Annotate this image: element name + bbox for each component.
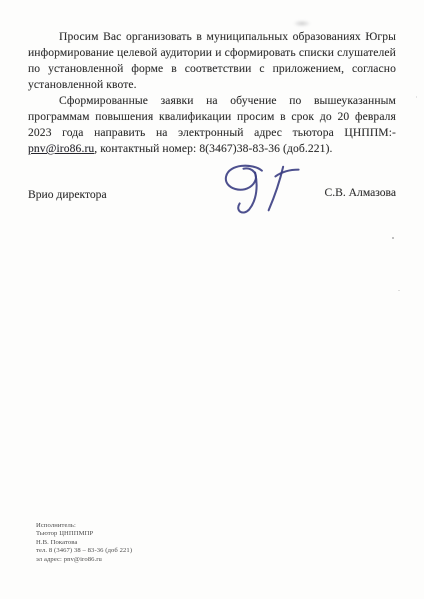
footer-line-executor-label: Исполнитель: [36,522,132,530]
footer-line-executor-email: эл адрес: pnv@iro86.ru [36,556,132,564]
tutor-email-link[interactable]: pnv@iro86.ru [28,142,94,155]
paragraph-2: Сформированные заявки на обучение по выш… [28,93,396,157]
scan-speck [416,96,417,98]
scan-smudge [293,20,311,27]
paragraph-2-text-before: Сформированные заявки на обучение по выш… [28,94,396,139]
scan-speck [392,237,394,239]
footer-line-executor-phone: тел. 8 (3467) 38 – 83-36 (доб 221) [36,547,132,555]
signer-name: С.В. Алмазова [325,186,397,199]
signer-position-title: Врио директора [28,188,107,201]
letter-body: Просим Вас организовать в муниципальных … [28,29,396,157]
footer-line-executor-name: Н.В. Покатова [36,539,132,547]
paragraph-2-text-after: , контактный номер: 8(3467)38-83-36 (доб… [94,142,332,155]
handwritten-signature-icon [212,160,304,218]
paragraph-1: Просим Вас организовать в муниципальных … [28,29,396,93]
footer-line-executor-role: Тьютор ЦНППМПР [36,530,132,538]
scanned-letter-page: Просим Вас организовать в муниципальных … [0,0,424,599]
signature-block: Врио директора С.В. Алмазова [28,160,396,220]
scan-speck [398,290,400,291]
executor-footer: Исполнитель: Тьютор ЦНППМПР Н.В. Покатов… [36,522,132,564]
paragraph-1-text: Просим Вас организовать в муниципальных … [28,30,396,91]
